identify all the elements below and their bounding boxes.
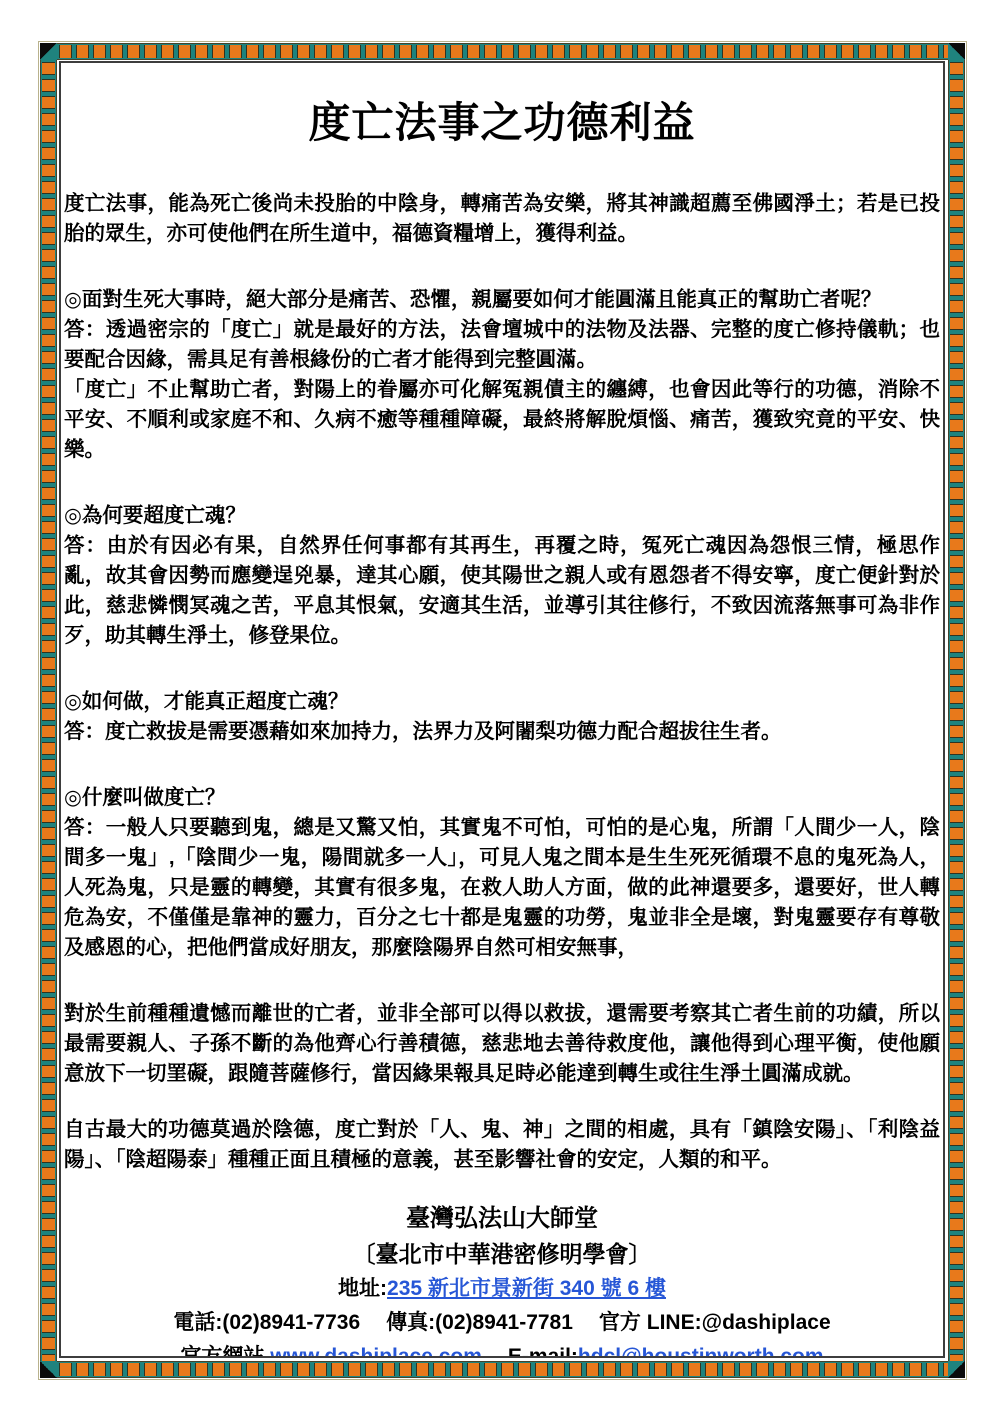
- footer: 臺灣弘法山大師堂 〔臺北市中華港密修明學會〕 地址:235 新北市景新街 340…: [64, 1201, 940, 1358]
- website-label: 官方網站: [180, 1345, 270, 1358]
- answer-1-note: 「度亡」不止幫助亡者，對陽上的眷屬亦可化解冤親債主的纏縛，也會因此等行的功德，消…: [64, 375, 940, 465]
- border-corner-top-left: [40, 43, 57, 60]
- fax-value: (02)8941-7781: [435, 1311, 573, 1334]
- border-strip-left: [40, 43, 57, 1378]
- phone-value: (02)8941-7736: [222, 1311, 360, 1334]
- qa-section-3: ◎如何做，才能真正超度亡魂？ 答：度亡救拔是需要憑藉如來加持力，法界力及阿闍梨功…: [64, 687, 940, 747]
- closing-text-1: 對於生前種種遺憾而離世的亡者，並非全部可以得以救拔，還需要考察其亡者生前的功績，…: [64, 999, 940, 1089]
- website-link[interactable]: www.dashiplace.com: [270, 1345, 482, 1358]
- answer-2: 答：由於有因必有果，自然界任何事都有其再生，再覆之時，冤死亡魂因為怨恨三情，極思…: [64, 531, 940, 651]
- address-label: 地址:: [338, 1277, 387, 1300]
- page-title: 度亡法事之功德利益: [64, 97, 940, 149]
- qa-section-1: ◎面對生死大事時，絕大部分是痛苦、恐懼，親屬要如何才能圓滿且能真正的幫助亡者呢？…: [64, 285, 940, 465]
- content-box: 度亡法事之功德利益 度亡法事，能為死亡後尚未投胎的中陰身，轉痛苦為安樂，將其神識…: [59, 61, 945, 1358]
- border-strip-bottom: [40, 1361, 965, 1378]
- intro-paragraph: 度亡法事，能為死亡後尚未投胎的中陰身，轉痛苦為安樂，將其神識超薦至佛國淨土；若是…: [64, 189, 940, 249]
- fax-label: 傳真:: [386, 1311, 435, 1334]
- question-1: ◎面對生死大事時，絕大部分是痛苦、恐懼，親屬要如何才能圓滿且能真正的幫助亡者呢？: [64, 285, 940, 315]
- footer-org-name: 臺灣弘法山大師堂: [64, 1201, 940, 1237]
- border-strip-top: [40, 43, 965, 60]
- email-link[interactable]: hdcl@houstinworth.com: [578, 1345, 824, 1358]
- address-link[interactable]: 235 新北市景新街 340 號 6 樓: [387, 1277, 666, 1300]
- document-page: 度亡法事之功德利益 度亡法事，能為死亡後尚未投胎的中陰身，轉痛苦為安樂，將其神識…: [0, 0, 1005, 1421]
- question-4: ◎什麼叫做度亡？: [64, 783, 940, 813]
- border-corner-top-right: [948, 43, 965, 60]
- border-corner-bottom-right: [948, 1361, 965, 1378]
- closing-paragraph-2: 自古最大的功德莫過於陰德，度亡對於「人、鬼、神」之間的相處，具有「鎮陰安陽」、「…: [64, 1115, 940, 1175]
- footer-address-line: 地址:235 新北市景新街 340 號 6 樓: [64, 1272, 940, 1306]
- line-value: @dashiplace: [702, 1311, 831, 1334]
- closing-text-2: 自古最大的功德莫過於陰德，度亡對於「人、鬼、神」之間的相處，具有「鎮陰安陽」、「…: [64, 1115, 940, 1175]
- qa-section-2: ◎為何要超度亡魂？ 答：由於有因必有果，自然界任何事都有其再生，再覆之時，冤死亡…: [64, 501, 940, 651]
- answer-1: 答：透過密宗的「度亡」就是最好的方法，法會壇城中的法物及法器、完整的度亡修持儀軌…: [64, 315, 940, 375]
- line-label: 官方 LINE:: [599, 1311, 702, 1334]
- border-corner-bottom-left: [40, 1361, 57, 1378]
- document-body: 度亡法事，能為死亡後尚未投胎的中陰身，轉痛苦為安樂，將其神識超薦至佛國淨土；若是…: [64, 189, 940, 1358]
- phone-label: 電話:: [173, 1311, 222, 1334]
- border-strip-right: [948, 43, 965, 1378]
- question-3: ◎如何做，才能真正超度亡魂？: [64, 687, 940, 717]
- footer-phone-line: 電話:(02)8941-7736傳真:(02)8941-7781官方 LINE:…: [64, 1306, 940, 1340]
- footer-web-line: 官方網站 www.dashiplace.comE-mail:hdcl@houst…: [64, 1340, 940, 1358]
- qa-section-4: ◎什麼叫做度亡？ 答：一般人只要聽到鬼，總是又驚又怕，其實鬼不可怕，可怕的是心鬼…: [64, 783, 940, 963]
- footer-org-subtitle: 〔臺北市中華港密修明學會〕: [64, 1237, 940, 1272]
- answer-3: 答：度亡救拔是需要憑藉如來加持力，法界力及阿闍梨功德力配合超拔往生者。: [64, 717, 940, 747]
- closing-paragraph-1: 對於生前種種遺憾而離世的亡者，並非全部可以得以救拔，還需要考察其亡者生前的功績，…: [64, 999, 940, 1089]
- answer-4: 答：一般人只要聽到鬼，總是又驚又怕，其實鬼不可怕，可怕的是心鬼，所謂「人間少一人…: [64, 813, 940, 963]
- intro-text: 度亡法事，能為死亡後尚未投胎的中陰身，轉痛苦為安樂，將其神識超薦至佛國淨土；若是…: [64, 189, 940, 249]
- question-2: ◎為何要超度亡魂？: [64, 501, 940, 531]
- email-label: E-mail:: [508, 1345, 578, 1358]
